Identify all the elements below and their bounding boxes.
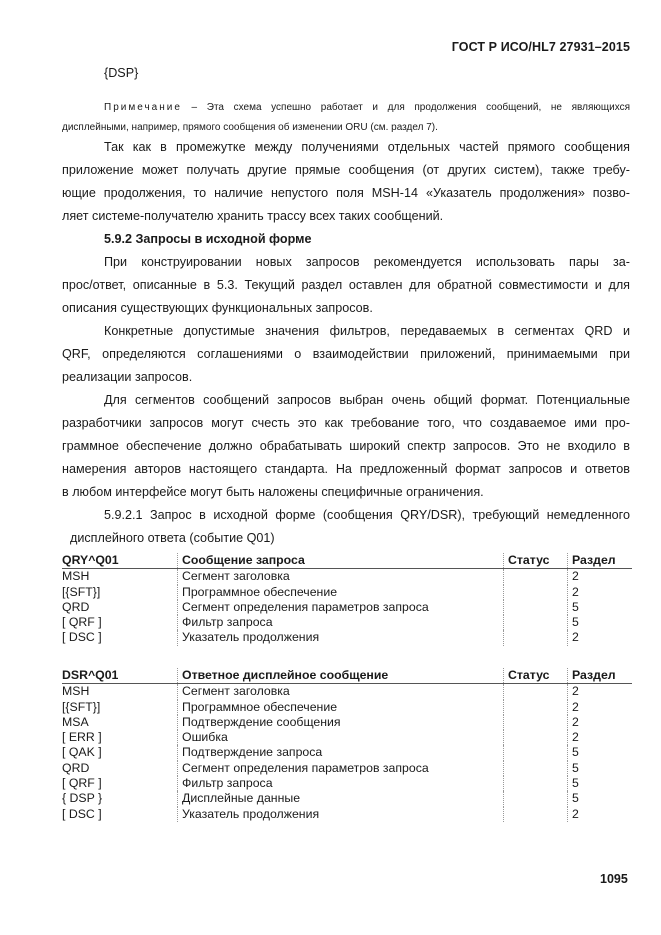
document-id-header: ГОСТ Р ИСО/HL7 27931–2015 bbox=[452, 40, 630, 54]
section-cell: 5 bbox=[568, 615, 633, 630]
status-cell bbox=[504, 615, 568, 630]
segment-cell: MSA bbox=[62, 715, 178, 730]
table-row: [ DSC ]Указатель продолжения2 bbox=[62, 630, 632, 645]
description-cell: Сегмент определения параметров запроса bbox=[178, 600, 504, 615]
table-row: [ QRF ]Фильтр запроса5 bbox=[62, 615, 632, 630]
description-cell: Дисплейные данные bbox=[178, 791, 504, 806]
description-cell: Указатель продолжения bbox=[178, 630, 504, 645]
section-cell: 2 bbox=[568, 807, 633, 822]
table-row: [ QAK ]Подтверждение запроса5 bbox=[62, 745, 632, 760]
section-cell: 2 bbox=[568, 684, 633, 700]
table-row: MSAПодтверждение сообщения2 bbox=[62, 715, 632, 730]
status-cell bbox=[504, 585, 568, 600]
page-number: 1095 bbox=[600, 872, 628, 886]
qry-q01-segment-table: QRY^Q01 Сообщение запроса Статус Раздел … bbox=[62, 553, 632, 646]
note-line-2: дисплейными, например, прямого сообщения… bbox=[62, 120, 438, 135]
status-cell bbox=[504, 745, 568, 760]
dsr-q01-segment-table: DSR^Q01 Ответное дисплейное сообщение Ст… bbox=[62, 668, 632, 822]
segment-cell: [{SFT}] bbox=[62, 585, 178, 600]
table-row: [{SFT}]Программное обеспечение2 bbox=[62, 585, 632, 600]
column-header: Статус bbox=[504, 553, 568, 569]
segment-cell: QRD bbox=[62, 600, 178, 615]
table-row: QRDСегмент определения параметров запрос… bbox=[62, 761, 632, 776]
description-cell: Фильтр запроса bbox=[178, 776, 504, 791]
paragraph-line: в любом интерфейсе могут быть наложены с… bbox=[62, 485, 484, 500]
status-cell bbox=[504, 600, 568, 615]
top-fragment: {DSP} bbox=[104, 66, 138, 81]
paragraph-line: ляет системе-получателю хранить трассу в… bbox=[62, 209, 443, 224]
paragraph-line: QRF, определяются соглашениями о взаимод… bbox=[62, 347, 630, 362]
status-cell bbox=[504, 776, 568, 791]
segment-cell: [ QAK ] bbox=[62, 745, 178, 760]
segment-cell: { DSP } bbox=[62, 791, 178, 806]
paragraph-line: Так как в промежутке между получениями о… bbox=[104, 140, 630, 155]
section-cell: 5 bbox=[568, 745, 633, 760]
status-cell bbox=[504, 715, 568, 730]
segment-cell: [ DSC ] bbox=[62, 630, 178, 645]
section-cell: 2 bbox=[568, 630, 633, 645]
section-cell: 2 bbox=[568, 700, 633, 715]
section-cell: 5 bbox=[568, 791, 633, 806]
status-cell bbox=[504, 700, 568, 715]
section-cell: 2 bbox=[568, 730, 633, 745]
paragraph-line: При конструировании новых запросов реком… bbox=[104, 255, 630, 270]
column-header: Раздел bbox=[568, 553, 633, 569]
status-cell bbox=[504, 730, 568, 745]
column-header: Раздел bbox=[568, 668, 633, 684]
table-row: QRDСегмент определения параметров запрос… bbox=[62, 600, 632, 615]
status-cell bbox=[504, 684, 568, 700]
table-header-row: QRY^Q01 Сообщение запроса Статус Раздел bbox=[62, 553, 632, 569]
note-text-1: – Эта схема успешно работает и для продо… bbox=[192, 102, 630, 113]
column-header: Сообщение запроса bbox=[178, 553, 504, 569]
table-row: [ DSC ]Указатель продолжения2 bbox=[62, 807, 632, 822]
section-heading: 5.9.2 Запросы в исходной форме bbox=[104, 232, 311, 247]
segment-cell: MSH bbox=[62, 684, 178, 700]
description-cell: Подтверждение сообщения bbox=[178, 715, 504, 730]
table-body: MSHСегмент заголовка2[{SFT}]Программное … bbox=[62, 569, 632, 646]
status-cell bbox=[504, 630, 568, 645]
section-cell: 5 bbox=[568, 761, 633, 776]
segment-cell: MSH bbox=[62, 569, 178, 585]
paragraph-line: Конкретные допустимые значения фильтров,… bbox=[104, 324, 630, 339]
column-header: Ответное дисплейное сообщение bbox=[178, 668, 504, 684]
description-cell: Сегмент определения параметров запроса bbox=[178, 761, 504, 776]
status-cell bbox=[504, 761, 568, 776]
description-cell: Сегмент заголовка bbox=[178, 569, 504, 585]
table-row: [{SFT}]Программное обеспечение2 bbox=[62, 700, 632, 715]
table-row: [ ERR ]Ошибка2 bbox=[62, 730, 632, 745]
segment-cell: [ ERR ] bbox=[62, 730, 178, 745]
segment-cell: [ QRF ] bbox=[62, 615, 178, 630]
table-row: MSHСегмент заголовка2 bbox=[62, 569, 632, 585]
description-cell: Программное обеспечение bbox=[178, 585, 504, 600]
status-cell bbox=[504, 791, 568, 806]
table-row: MSHСегмент заголовка2 bbox=[62, 684, 632, 700]
subsection-title-line: 5.9.2.1 Запрос в исходной форме (сообщен… bbox=[104, 508, 630, 523]
paragraph-line: ющие продолжения, то наличие непустого п… bbox=[62, 186, 630, 201]
segment-cell: QRD bbox=[62, 761, 178, 776]
section-cell: 2 bbox=[568, 585, 633, 600]
table-row: { DSP }Дисплейные данные5 bbox=[62, 791, 632, 806]
segment-cell: [ QRF ] bbox=[62, 776, 178, 791]
paragraph-line: прос/ответ, описанные в 5.3. Текущий раз… bbox=[62, 278, 630, 293]
document-page: ГОСТ Р ИСО/HL7 27931–2015 {DSP} Примечан… bbox=[0, 0, 661, 935]
description-cell: Сегмент заголовка bbox=[178, 684, 504, 700]
paragraph-line: приложение может получать другие прямые … bbox=[62, 163, 630, 178]
column-header: Статус bbox=[504, 668, 568, 684]
paragraph-line: разработчики запросов могут счесть это к… bbox=[62, 416, 630, 431]
paragraph-line: граммное обеспечение должно обрабатывать… bbox=[62, 439, 630, 454]
paragraph-line: намерения авторов настоящего стандарта. … bbox=[62, 462, 630, 477]
paragraph-line: описания существующих функциональных зап… bbox=[62, 301, 373, 316]
segment-cell: [ DSC ] bbox=[62, 807, 178, 822]
subsection-title-line: дисплейного ответа (событие Q01) bbox=[70, 531, 275, 546]
table-body: MSHСегмент заголовка2[{SFT}]Программное … bbox=[62, 684, 632, 822]
status-cell bbox=[504, 807, 568, 822]
section-cell: 2 bbox=[568, 715, 633, 730]
description-cell: Подтверждение запроса bbox=[178, 745, 504, 760]
segment-cell: [{SFT}] bbox=[62, 700, 178, 715]
column-header: DSR^Q01 bbox=[62, 668, 178, 684]
paragraph-line: реализации запросов. bbox=[62, 370, 192, 385]
section-cell: 2 bbox=[568, 569, 633, 585]
table-header-row: DSR^Q01 Ответное дисплейное сообщение Ст… bbox=[62, 668, 632, 684]
description-cell: Ошибка bbox=[178, 730, 504, 745]
description-cell: Фильтр запроса bbox=[178, 615, 504, 630]
description-cell: Программное обеспечение bbox=[178, 700, 504, 715]
note-line-1: Примечание – Эта схема успешно работает … bbox=[104, 100, 630, 115]
column-header: QRY^Q01 bbox=[62, 553, 178, 569]
status-cell bbox=[504, 569, 568, 585]
paragraph-line: Для сегментов сообщений запросов выбран … bbox=[104, 393, 630, 408]
description-cell: Указатель продолжения bbox=[178, 807, 504, 822]
section-cell: 5 bbox=[568, 776, 633, 791]
note-label: Примечание bbox=[104, 102, 182, 113]
section-cell: 5 bbox=[568, 600, 633, 615]
table-row: [ QRF ]Фильтр запроса5 bbox=[62, 776, 632, 791]
